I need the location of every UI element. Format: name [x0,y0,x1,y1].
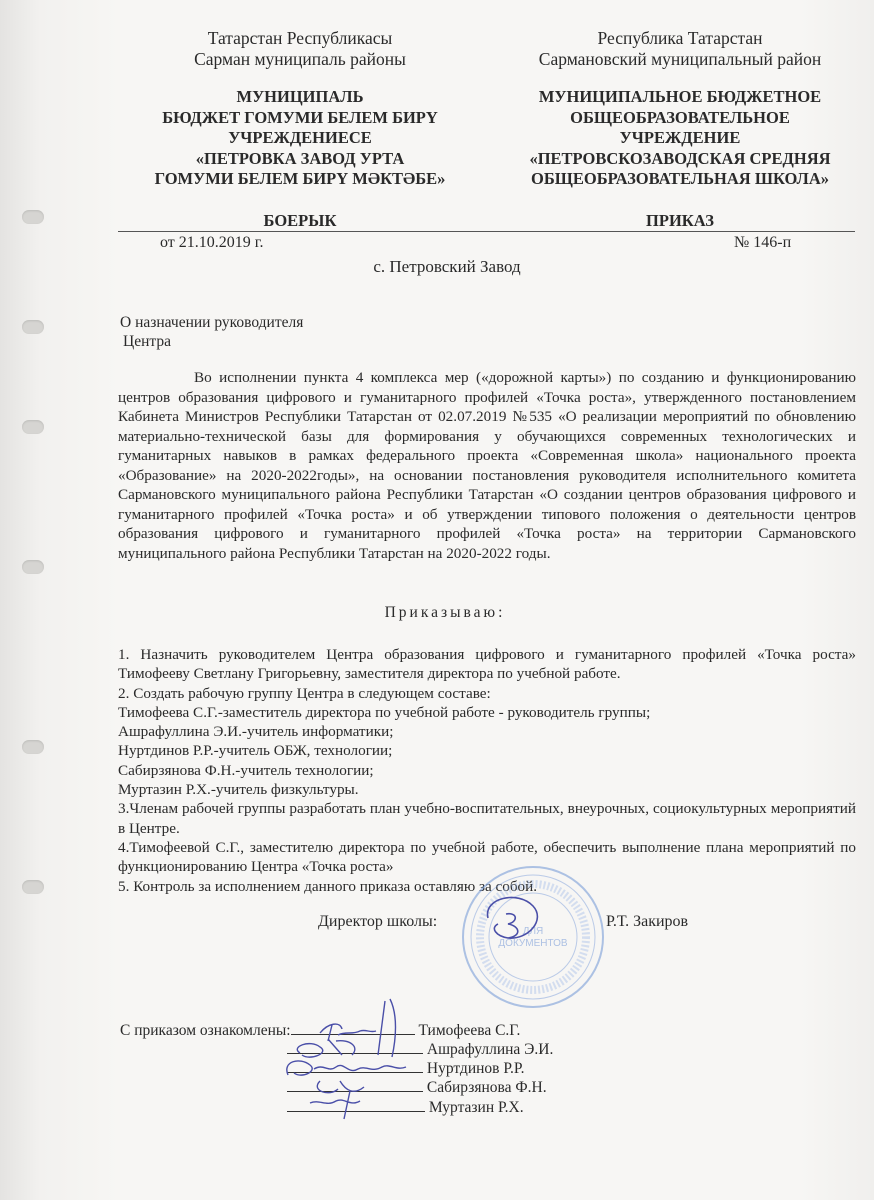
org-line: ГОМУМИ БЕЛЕМ БИРҮ МӘКТӘБЕ» [140,169,460,190]
republic-name-tatar: Татарстан Республикасы [140,28,460,49]
doc-type-russian: ПРИКАЗ [490,210,870,231]
preamble-paragraph: Во исполнении пункта 4 комплекса мер («д… [118,368,856,563]
order-items: 1. Назначить руководителем Центра образо… [118,645,856,896]
header-russian-column: Республика Татарстан Сармановский муници… [490,28,870,231]
order-item: 3.Членам рабочей группы разработать план… [118,799,856,838]
order-place: с. Петровский Завод [0,257,874,277]
doc-type-tatar: БОЕРЫК [140,210,460,231]
employee-signatures-icon [280,995,440,1125]
subject-line: О назначении руководителя [120,313,303,332]
org-line: ОБЩЕОБРАЗОВАТЕЛЬНАЯ ШКОЛА» [490,169,870,190]
order-heading: Приказываю: [0,604,874,622]
binder-hole [22,740,44,754]
acknowledged-person: Муртазин Р.Х. [429,1099,524,1116]
org-line: ОБЩЕОБРАЗОВАТЕЛЬНОЕ [490,108,870,129]
org-line: УЧРЕЖДЕНИЕ [490,128,870,149]
preamble: Во исполнении пункта 4 комплекса мер («д… [118,368,856,563]
acknowledged-person: Нуртдинов Р.Р. [427,1060,525,1077]
subject-line: Центра [120,332,303,351]
header-tatar-column: Татарстан Республикасы Сарман муниципаль… [140,28,460,231]
acknowledgement-label: С приказом ознакомлены: [120,1022,291,1039]
director-signature-icon [478,888,548,952]
district-name-russian: Сармановский муниципальный район [490,49,870,70]
order-subject: О назначении руководителя Центра [120,313,303,351]
director-role: Директор школы: [318,913,437,931]
binder-hole [22,210,44,224]
org-line: БЮДЖЕТ ГОМУМИ БЕЛЕМ БИРҮ [140,108,460,129]
scanned-document-page: Татарстан Республикасы Сарман муниципаль… [0,0,874,1200]
binder-hole [22,320,44,334]
order-item: 2. Создать рабочую группу Центра в следу… [118,684,856,703]
org-line: УЧРЕЖДЕНИЕСЕ [140,128,460,149]
org-line: МУНИЦИПАЛЬ [140,87,460,108]
group-member: Муртазин Р.Х.-учитель физкультуры. [118,780,856,799]
acknowledged-person: Сабирзянова Ф.Н. [427,1079,547,1096]
group-member: Тимофеева С.Г.-заместитель директора по … [118,703,856,722]
group-member: Сабирзянова Ф.Н.-учитель технологии; [118,761,856,780]
group-member: Нуртдинов Р.Р.-учитель ОБЖ, технологии; [118,741,856,760]
binder-hole [22,560,44,574]
director-name: Р.Т. Закиров [606,913,688,931]
district-name-tatar: Сарман муниципаль районы [140,49,460,70]
org-line: «ПЕТРОВКА ЗАВОД УРТА [140,149,460,170]
binder-hole [22,880,44,894]
binder-hole [22,420,44,434]
order-item: 1. Назначить руководителем Центра образо… [118,645,856,684]
group-member: Ашрафуллина Э.И.-учитель информатики; [118,722,856,741]
binder-holes [22,0,52,1200]
header-divider [118,231,855,232]
order-number: № 146-п [734,234,791,252]
org-line: МУНИЦИПАЛЬНОЕ БЮДЖЕТНОЕ [490,87,870,108]
order-date: от 21.10.2019 г. [160,234,264,252]
org-line: «ПЕТРОВСКОЗАВОДСКАЯ СРЕДНЯЯ [490,149,870,170]
republic-name-russian: Республика Татарстан [490,28,870,49]
acknowledged-person: Ашрафуллина Э.И. [427,1041,553,1058]
